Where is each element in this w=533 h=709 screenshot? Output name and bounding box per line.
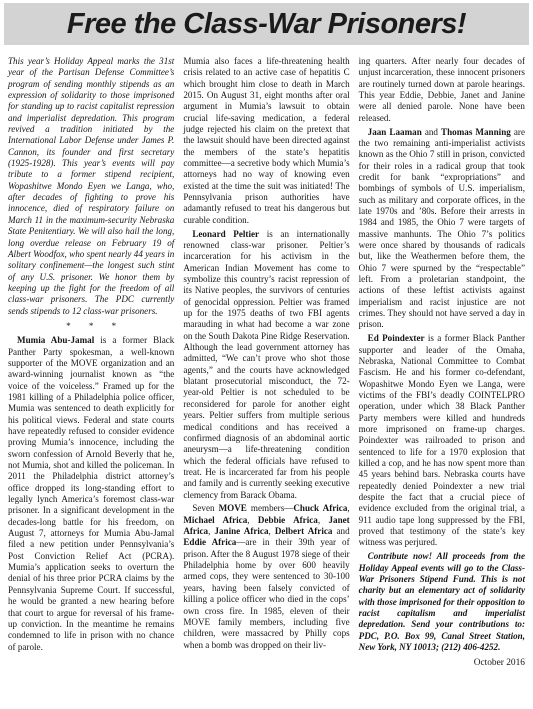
newsletter-page: Free the Class-War Prisoners! This year’…: [0, 0, 533, 709]
peltier-paragraph: Leonard Peltier is an internationally re…: [183, 229, 349, 501]
issue-date: October 2016: [359, 658, 525, 669]
page-title: Free the Class-War Prisoners!: [67, 8, 466, 41]
mumia-paragraph: Mumia Abu-Jamal is a former Black Panthe…: [8, 335, 174, 653]
column-2: Mumia also faces a life-threatening heal…: [183, 56, 349, 670]
poindexter-paragraph: Ed Poindexter is a former Black Panther …: [359, 333, 525, 549]
ohio7-paragraph: Jaan Laaman and Thomas Manning are the t…: [359, 127, 525, 331]
column-1: This year’s Holiday Appeal marks the 31s…: [8, 56, 174, 670]
article-columns: This year’s Holiday Appeal marks the 31s…: [4, 45, 529, 670]
intro-paragraph: This year’s Holiday Appeal marks the 31s…: [8, 56, 174, 317]
contribute-paragraph: Contribute now! All proceeds from the Ho…: [359, 551, 525, 653]
header-band: Free the Class-War Prisoners!: [4, 3, 529, 45]
section-separator: * * *: [8, 317, 174, 335]
mumia-health-paragraph: Mumia also faces a life-threatening heal…: [183, 56, 349, 226]
move-paragraph: Seven MOVE members—Chuck Africa, Michael…: [183, 503, 349, 650]
column-3: ing quarters. After nearly four decades …: [359, 56, 525, 670]
move-continued-paragraph: ing quarters. After nearly four decades …: [359, 56, 525, 124]
